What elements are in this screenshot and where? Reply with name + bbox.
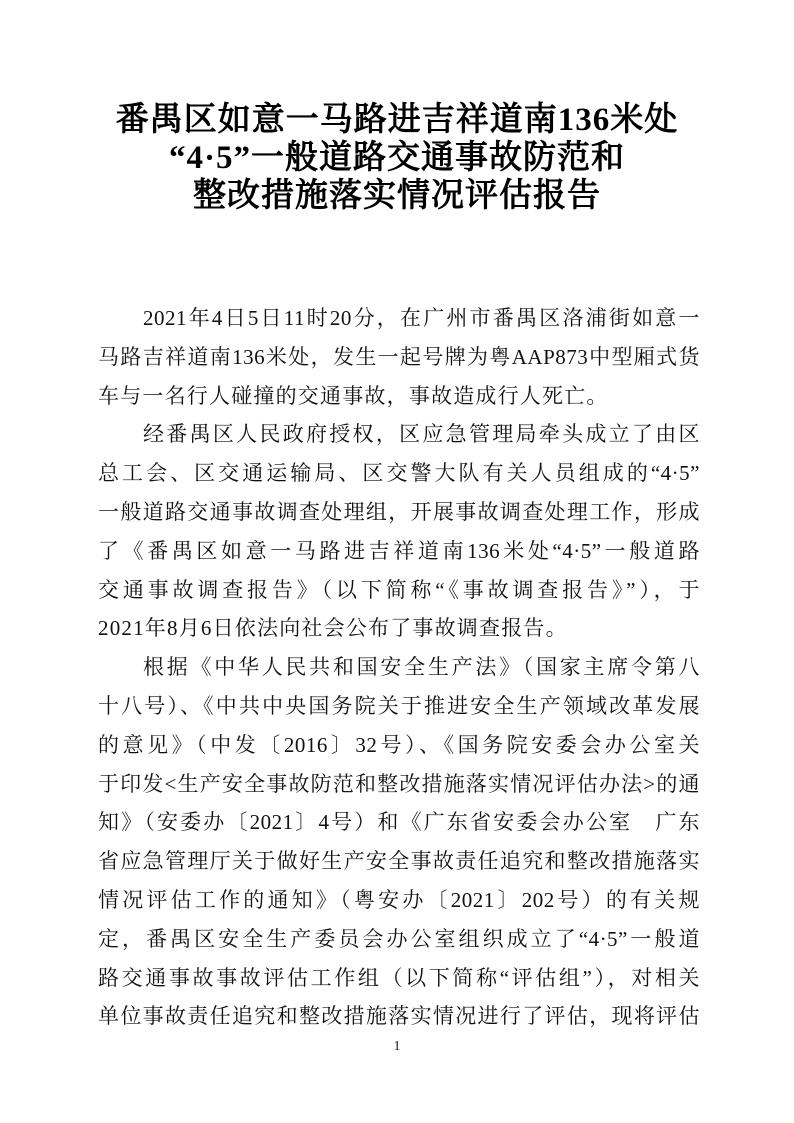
document-page: 番禺区如意一马路进吉祥道南136米处 “4·5”一般道路交通事故防范和 整改措施… [0,0,794,1123]
paragraph-line: 定，番禺区安全生产委员会办公室组织成立了“4·5”一般道 [98,920,700,959]
paragraph-line: 根据《中华人民共和国安全生产法》（国家主席令第八 [98,648,700,687]
paragraph-line: 路交通事故事故评估工作组（以下简称“评估组”），对相关 [98,959,700,998]
paragraph-line: 经番禺区人民政府授权，区应急管理局牵头成立了由区 [98,415,700,454]
paragraph-line: 了《番禺区如意一马路进吉祥道南136米处“4·5”一般道路 [98,532,700,571]
paragraph-line: 单位事故责任追究和整改措施落实情况进行了评估，现将评估 [98,997,700,1036]
report-title-line: “4·5”一般道路交通事故防范和 [0,139,794,177]
paragraph-line: 的意见》（中发〔2016〕32号）、《国务院安委会办公室关 [98,726,700,765]
report-title: 番禺区如意一马路进吉祥道南136米处 “4·5”一般道路交通事故防范和 整改措施… [0,101,794,215]
page-number: 1 [0,1038,794,1056]
paragraph-line: 车与一名行人碰撞的交通事故，事故造成行人死亡。 [98,377,700,416]
paragraph-line: 知》（安委办〔2021〕4号）和《广东省安委会办公室 广东 [98,803,700,842]
paragraph: 经番禺区人民政府授权，区应急管理局牵头成立了由区总工会、区交通运输局、区交警大队… [98,415,700,648]
paragraph: 根据《中华人民共和国安全生产法》（国家主席令第八十八号）、《中共中央国务院关于推… [98,648,700,1036]
paragraph-line: 2021年4日5日11时20分，在广州市番禺区洛浦街如意一 [98,299,700,338]
report-title-line: 番禺区如意一马路进吉祥道南136米处 [0,101,794,139]
paragraph-line: 于印发<生产安全事故防范和整改措施落实情况评估办法>的通 [98,765,700,804]
report-title-line: 整改措施落实情况评估报告 [0,177,794,215]
paragraph-line: 十八号）、《中共中央国务院关于推进安全生产领域改革发展 [98,687,700,726]
paragraph-line: 总工会、区交通运输局、区交警大队有关人员组成的“4·5” [98,454,700,493]
paragraph-line: 马路吉祥道南136米处，发生一起号牌为粤AAP873中型厢式货 [98,338,700,377]
paragraph-line: 交通事故调查报告》（以下简称“《事故调查报告》”），于 [98,571,700,610]
paragraph-line: 2021年8月6日依法向社会公布了事故调查报告。 [98,609,700,648]
document-body: 2021年4日5日11时20分，在广州市番禺区洛浦街如意一马路吉祥道南136米处… [98,299,700,1036]
paragraph-line: 一般道路交通事故调查处理组，开展事故调查处理工作，形成 [98,493,700,532]
paragraph-line: 情况评估工作的通知》（粤安办〔2021〕202号）的有关规 [98,881,700,920]
paragraph-line: 省应急管理厅关于做好生产安全事故责任追究和整改措施落实 [98,842,700,881]
paragraph: 2021年4日5日11时20分，在广州市番禺区洛浦街如意一马路吉祥道南136米处… [98,299,700,415]
